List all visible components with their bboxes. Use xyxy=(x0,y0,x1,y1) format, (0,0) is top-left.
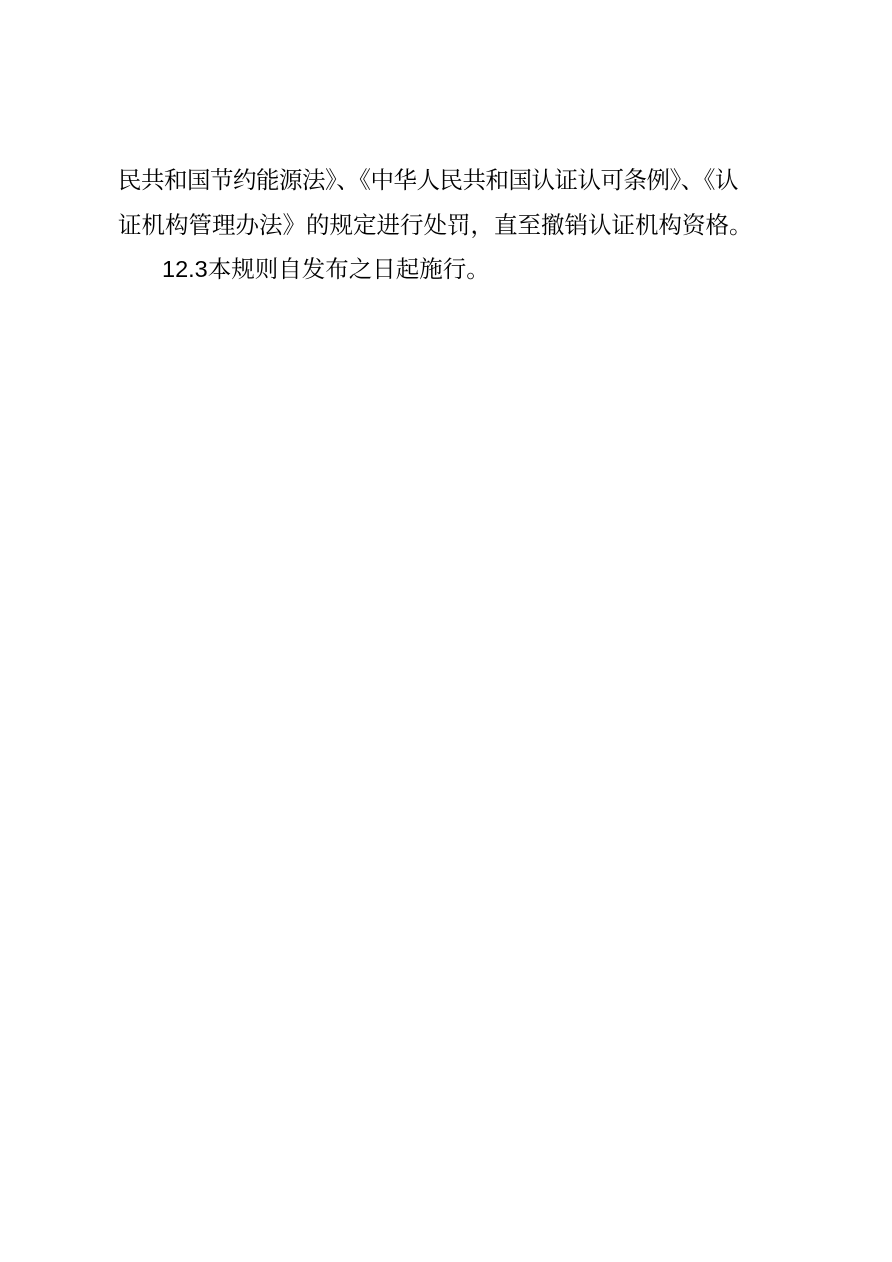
paragraph-continuation-line-2: 证机构管理办法》的规定进行处罚，直至撤销认证机构资格。 xyxy=(118,203,792,248)
document-body: 民共和国节约能源法》、《中华人民共和国认证认可条例》、《认 证机构管理办法》的规… xyxy=(118,158,792,292)
paragraph-clause-12-3: 12.3本规则自发布之日起施行。 xyxy=(118,247,792,292)
paragraph-continuation-line-1: 民共和国节约能源法》、《中华人民共和国认证认可条例》、《认 xyxy=(118,158,792,203)
document-page: 民共和国节约能源法》、《中华人民共和国认证认可条例》、《认 证机构管理办法》的规… xyxy=(0,0,892,1262)
